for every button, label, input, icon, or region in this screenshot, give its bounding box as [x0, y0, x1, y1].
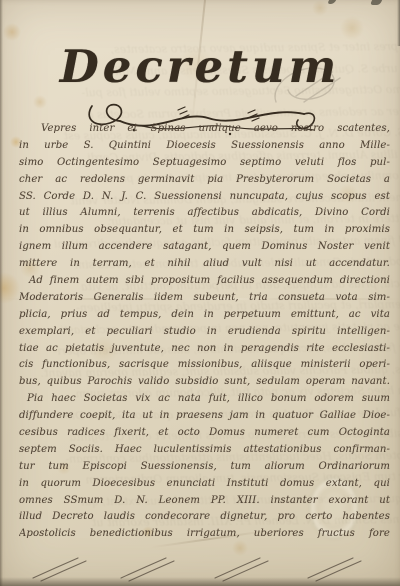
- manuscript-line: bus, quibus Parochis valido subsidio sun…: [19, 376, 390, 393]
- manuscript-line: ignem illum accendere satagant, quem Dom…: [19, 241, 390, 258]
- manuscript-body: Vepres inter et Spinas undique aevo nost…: [19, 123, 390, 545]
- top-edge-ink-mark: [327, 0, 336, 4]
- manuscript-line: SS. Corde D. N. J. C. Suessionensi nuncu…: [19, 191, 390, 208]
- manuscript-line: mittere in terram, et nihil aliud vult n…: [19, 258, 390, 275]
- manuscript-line: omnes SSmum D. N. Leonem PP. XIII. insta…: [19, 495, 390, 512]
- manuscript-line: in quorum Dioecesibus enunciati Institut…: [19, 478, 390, 495]
- bottom-edge-shadow: [0, 577, 400, 586]
- manuscript-line: exemplari, et peculiari studio in erudie…: [19, 326, 390, 343]
- manuscript-line: ut illius Alumni, terrenis affectibus ab…: [19, 207, 390, 224]
- manuscript-line: Pia haec Societas vix ac nata fuit, illi…: [19, 393, 390, 410]
- manuscript-line: cher ac redolens germinavit pia Presbyte…: [19, 174, 390, 191]
- manuscript-line: Ad finem autem sibi propositum facilius …: [19, 275, 390, 292]
- manuscript-line: cesibus radices fixerit, et octo Domus n…: [19, 427, 390, 444]
- top-edge-ink-mark: [370, 0, 382, 5]
- manuscript-line: simo Octingentesimo Septuagesimo septimo…: [19, 157, 390, 174]
- manuscript-line: diffundere coepit, ita ut in praesens ja…: [19, 410, 390, 427]
- manuscript-line: illud Decreto laudis condecorare dignetu…: [19, 511, 390, 528]
- manuscript-line: plicia, prius ad tempus, dein in perpetu…: [19, 309, 390, 326]
- manuscript-line: Vepres inter et Spinas undique aevo nost…: [19, 123, 390, 140]
- manuscript-line: cis functionibus, sacrisque missionibus,…: [19, 359, 390, 376]
- manuscript-line: septem Sociis. Haec luculentissimis atte…: [19, 444, 390, 461]
- left-edge-shadow: [0, 0, 3, 586]
- manuscript-line: in omnibus obsequantur, et tum in seipsi…: [19, 224, 390, 241]
- manuscript-line: Apostolicis benedictionibus irrigatum, u…: [19, 528, 390, 545]
- manuscript-line: tiae ac pietatis juventute, nec non in p…: [19, 343, 390, 360]
- manuscript-line: in urbe S. Quintini Dioecesis Suessionen…: [19, 140, 390, 157]
- manuscript-page: Vepres inter et Spinas undique aevo nost…: [0, 0, 400, 586]
- manuscript-line: Moderatoris Generalis iidem subeunt, tri…: [19, 292, 390, 309]
- document-title: Decretum: [0, 40, 400, 93]
- manuscript-line: tur tum Episcopi Suessionensis, tum alio…: [19, 461, 390, 478]
